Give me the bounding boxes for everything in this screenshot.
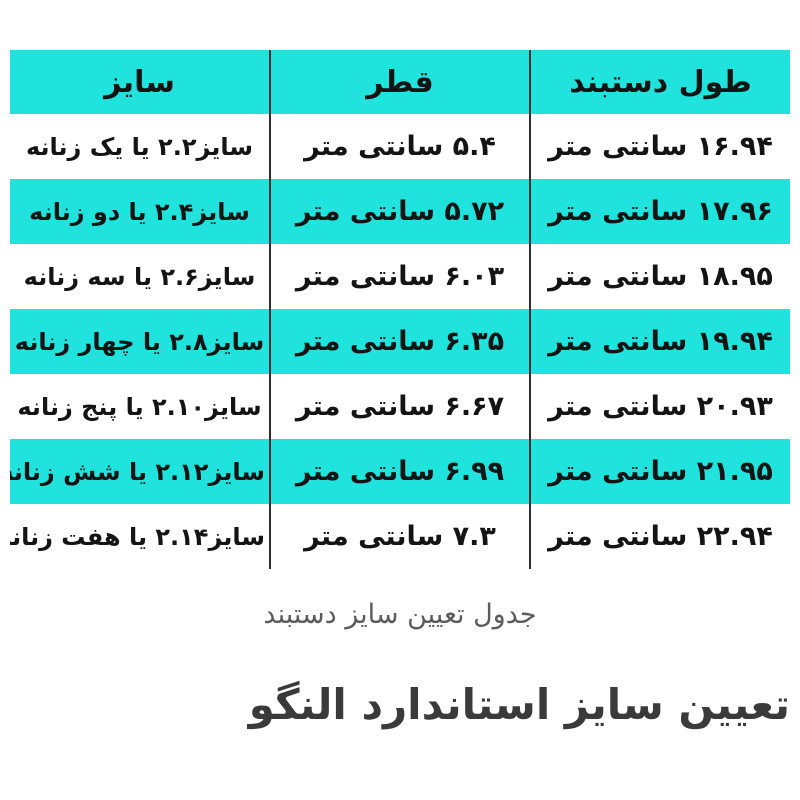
size-cell: سایز۲.۱۲ یا شش زنانه: [10, 439, 270, 504]
length-cell: ۲۱.۹۵ سانتی متر: [530, 439, 790, 504]
header-row: طول دستبند قطر سایز: [10, 50, 790, 114]
size-cell: سایز۲.۸ یا چهار زنانه: [10, 309, 270, 374]
table-body: ۱۶.۹۴ سانتی متر ۵.۴ سانتی متر سایز۲.۲ یا…: [10, 114, 790, 569]
length-cell: ۲۰.۹۳ سانتی متر: [530, 374, 790, 439]
length-cell: ۱۶.۹۴ سانتی متر: [530, 114, 790, 179]
diameter-cell: ۵.۷۲ سانتی متر: [270, 179, 530, 244]
header-cell-size: سایز: [10, 50, 270, 114]
length-cell: ۱۷.۹۶ سانتی متر: [530, 179, 790, 244]
bangle-size-table-wrapper: طول دستبند قطر سایز ۱۶.۹۴ سانتی متر ۵.۴ …: [10, 50, 790, 569]
table-row: ۲۲.۹۴ سانتی متر ۷.۳ سانتی متر سایز۲.۱۴ ی…: [10, 504, 790, 569]
diameter-cell: ۶.۳۵ سانتی متر: [270, 309, 530, 374]
page-title: تعیین سایز استاندارد النگو: [0, 680, 800, 729]
table-row: ۱۷.۹۶ سانتی متر ۵.۷۲ سانتی متر سایز۲.۴ ی…: [10, 179, 790, 244]
header-cell-diameter: قطر: [270, 50, 530, 114]
length-cell: ۱۹.۹۴ سانتی متر: [530, 309, 790, 374]
diameter-cell: ۶.۰۳ سانتی متر: [270, 244, 530, 309]
diameter-cell: ۶.۹۹ سانتی متر: [270, 439, 530, 504]
table-row: ۲۰.۹۳ سانتی متر ۶.۶۷ سانتی متر سایز۲.۱۰ …: [10, 374, 790, 439]
table-row: ۱۹.۹۴ سانتی متر ۶.۳۵ سانتی متر سایز۲.۸ ی…: [10, 309, 790, 374]
table-row: ۱۶.۹۴ سانتی متر ۵.۴ سانتی متر سایز۲.۲ یا…: [10, 114, 790, 179]
bangle-size-table: طول دستبند قطر سایز ۱۶.۹۴ سانتی متر ۵.۴ …: [10, 50, 790, 569]
diameter-cell: ۵.۴ سانتی متر: [270, 114, 530, 179]
size-cell: سایز۲.۶ یا سه زنانه: [10, 244, 270, 309]
table-row: ۲۱.۹۵ سانتی متر ۶.۹۹ سانتی متر سایز۲.۱۲ …: [10, 439, 790, 504]
size-cell: سایز۲.۲ یا یک زنانه: [10, 114, 270, 179]
length-cell: ۱۸.۹۵ سانتی متر: [530, 244, 790, 309]
size-cell: سایز۲.۱۰ یا پنج زنانه: [10, 374, 270, 439]
table-row: ۱۸.۹۵ سانتی متر ۶.۰۳ سانتی متر سایز۲.۶ ی…: [10, 244, 790, 309]
header-cell-length: طول دستبند: [530, 50, 790, 114]
diameter-cell: ۷.۳ سانتی متر: [270, 504, 530, 569]
size-cell: سایز۲.۴ یا دو زنانه: [10, 179, 270, 244]
length-cell: ۲۲.۹۴ سانتی متر: [530, 504, 790, 569]
diameter-cell: ۶.۶۷ سانتی متر: [270, 374, 530, 439]
size-cell: سایز۲.۱۴ یا هفت زنانه: [10, 504, 270, 569]
table-caption: جدول تعیین سایز دستبند: [0, 599, 800, 630]
table-header: طول دستبند قطر سایز: [10, 50, 790, 114]
